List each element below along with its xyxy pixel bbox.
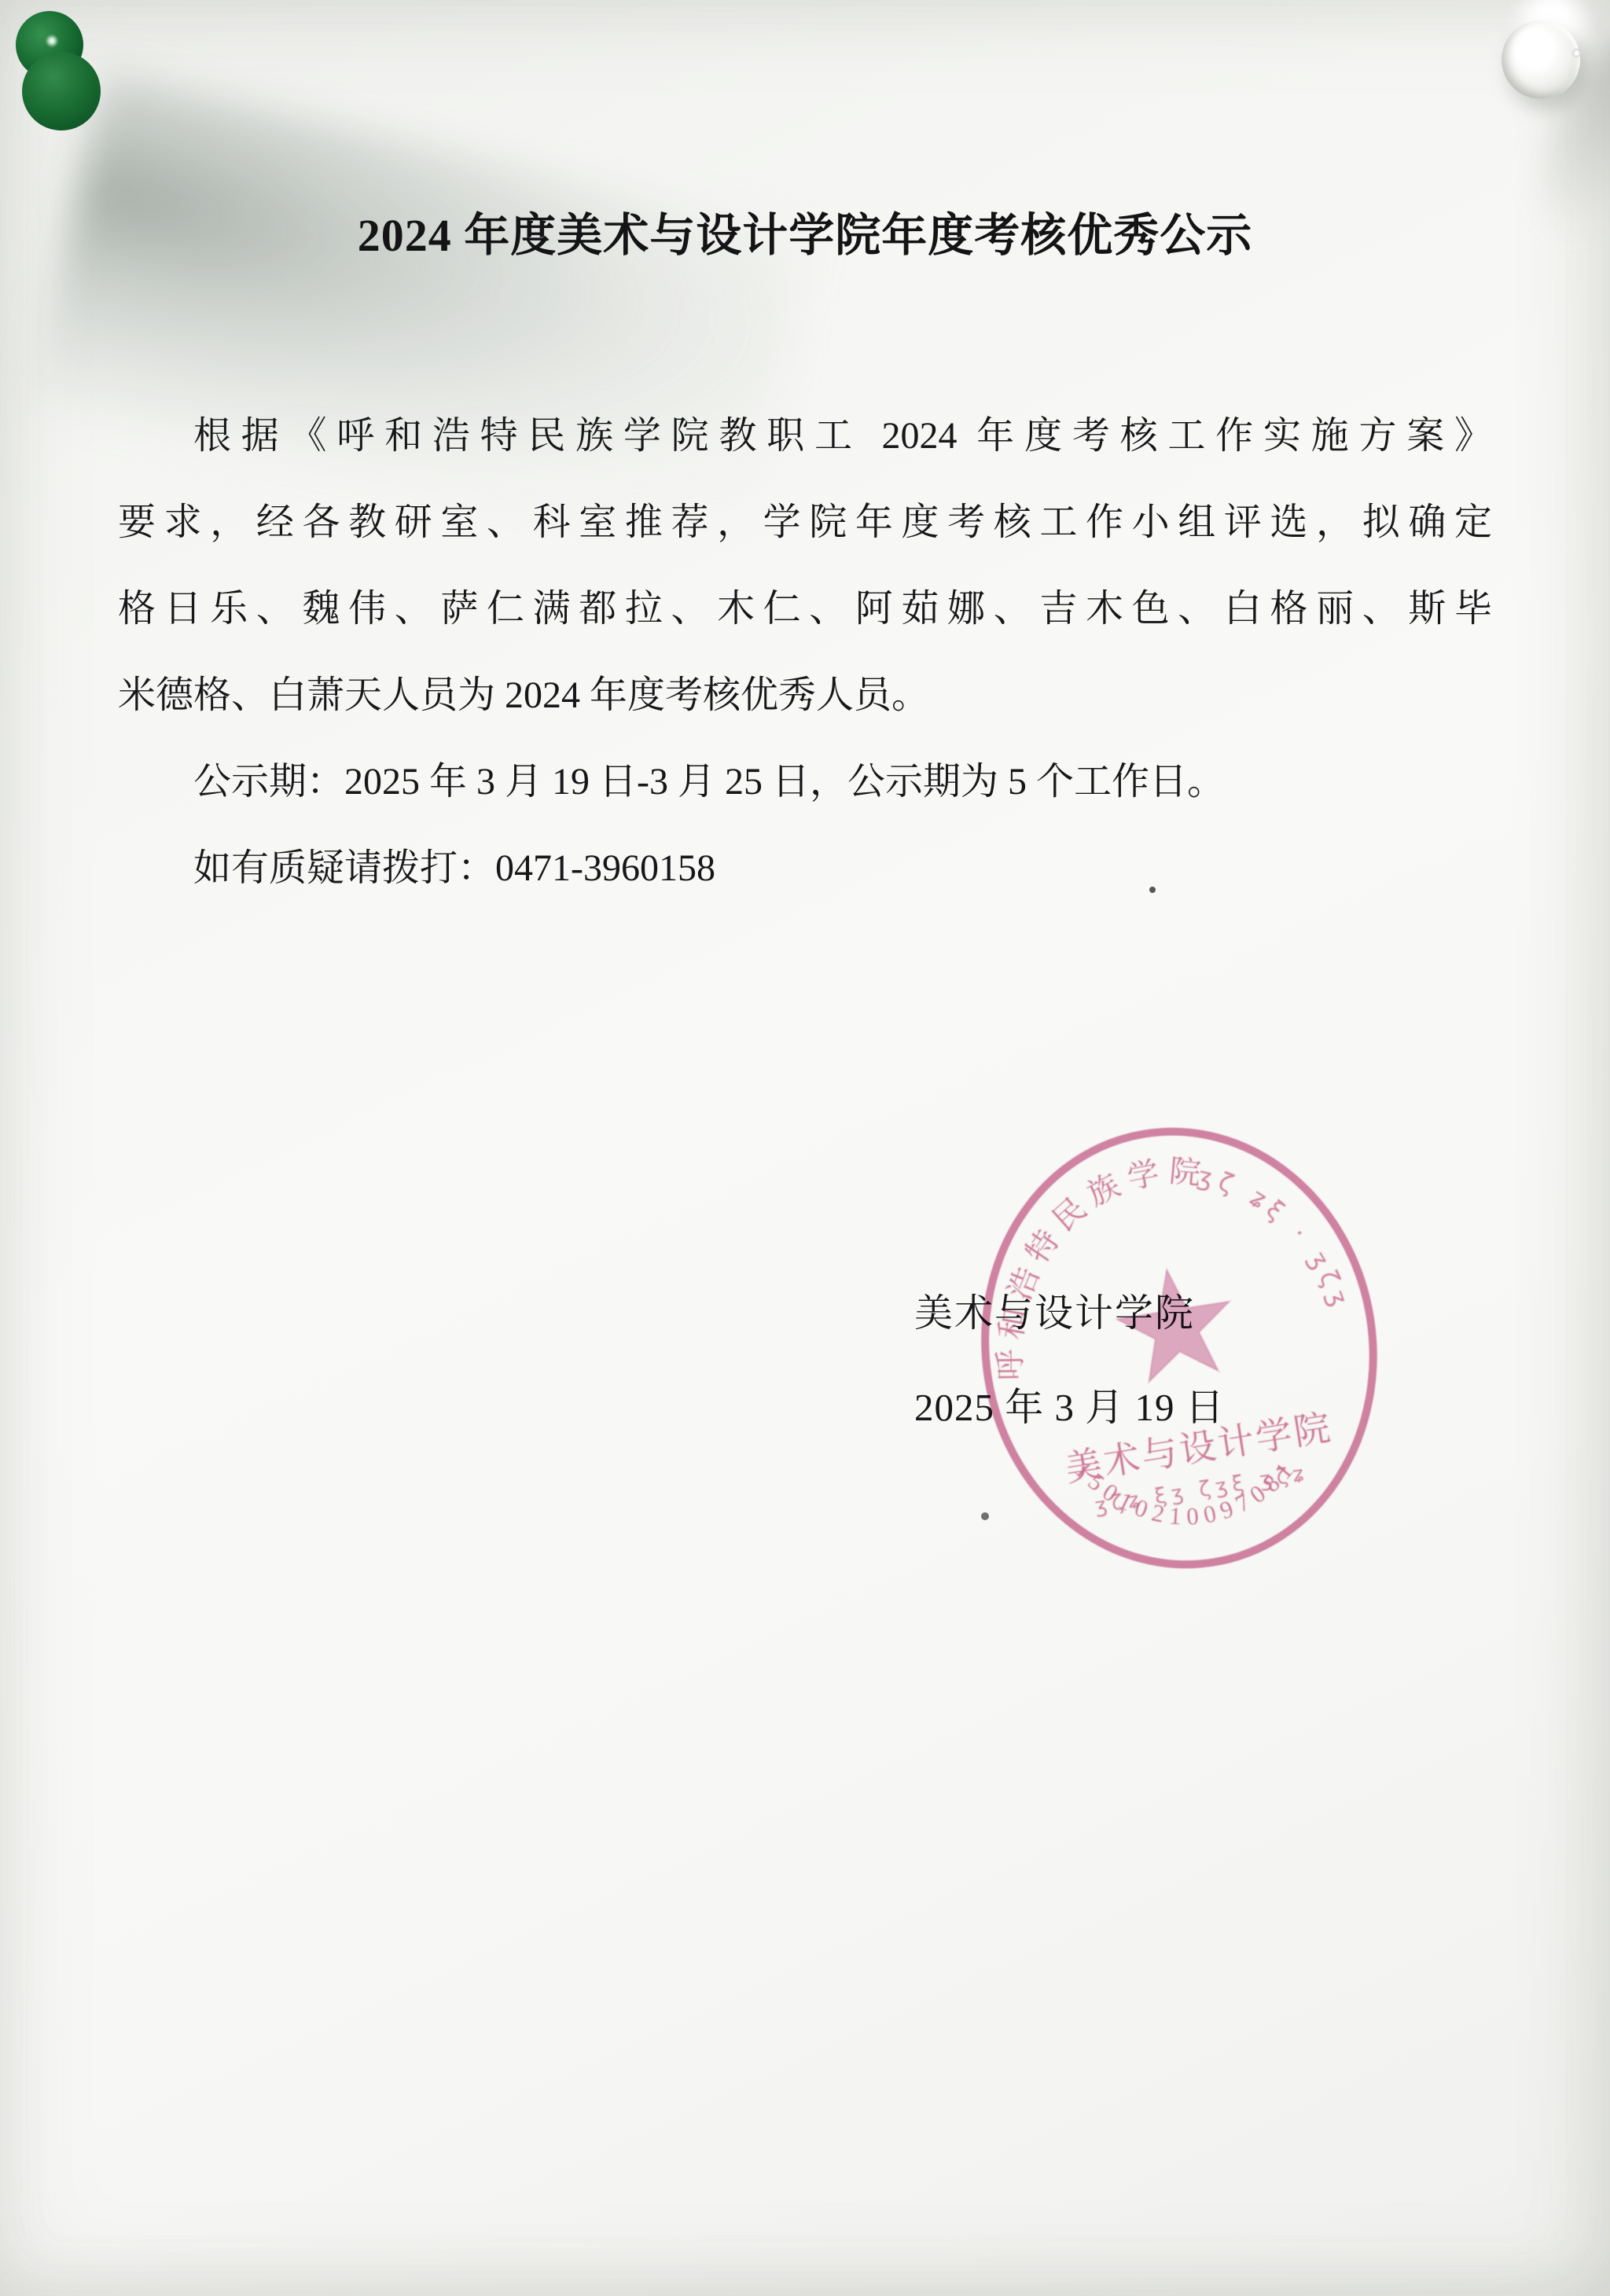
body-line-4: 米德格、白萧天人员为 2024 年度考核优秀人员。 <box>118 652 1492 739</box>
official-seal-svg: 呼和浩特民族学院 ʒζ ʑξ · ʒζʒ 美术与设计学院 ʒζʑ ξʒ ζʒξ … <box>942 1093 1417 1604</box>
body-line-1: 根据《呼和浩特民族学院教职工 2024 年度考核工作实施方案》 <box>118 393 1492 479</box>
body-line-5-publicity-period: 公示期：2025 年 3 月 19 日-3 月 25 日，公示期为 5 个工作日… <box>118 739 1492 825</box>
green-pushpin-highlight <box>46 35 58 47</box>
white-pushpin-ball <box>1502 20 1580 99</box>
green-pushpin-head-bottom <box>22 52 101 130</box>
seal-star-icon <box>1111 1261 1240 1385</box>
notice-title: 2024 年度美术与设计学院年度考核优秀公示 <box>0 198 1610 264</box>
white-pushpin-glint <box>1572 49 1581 57</box>
white-pushpin-icon <box>1468 0 1610 204</box>
body-line-3: 格日乐、魏伟、萨仁满都拉、木仁、阿茹娜、吉木色、白格丽、斯毕 <box>118 566 1492 652</box>
ink-dot <box>981 1512 989 1520</box>
body-line-6-phone: 如有质疑请拨打：0471-3960158 <box>118 825 1492 912</box>
green-pushpin-icon <box>5 11 107 137</box>
ink-dot <box>1149 887 1156 893</box>
body-line-2: 要求，经各教研室、科室推荐，学院年度考核工作小组评选，拟确定 <box>118 479 1492 566</box>
notice-body: 根据《呼和浩特民族学院教职工 2024 年度考核工作实施方案》 要求，经各教研室… <box>118 393 1492 912</box>
official-seal: 呼和浩特民族学院 ʒζ ʑξ · ʒζʒ 美术与设计学院 ʒζʑ ξʒ ζʒξ … <box>942 1093 1417 1604</box>
scanned-notice-page: 2024 年度美术与设计学院年度考核优秀公示 根据《呼和浩特民族学院教职工 20… <box>0 0 1610 2296</box>
